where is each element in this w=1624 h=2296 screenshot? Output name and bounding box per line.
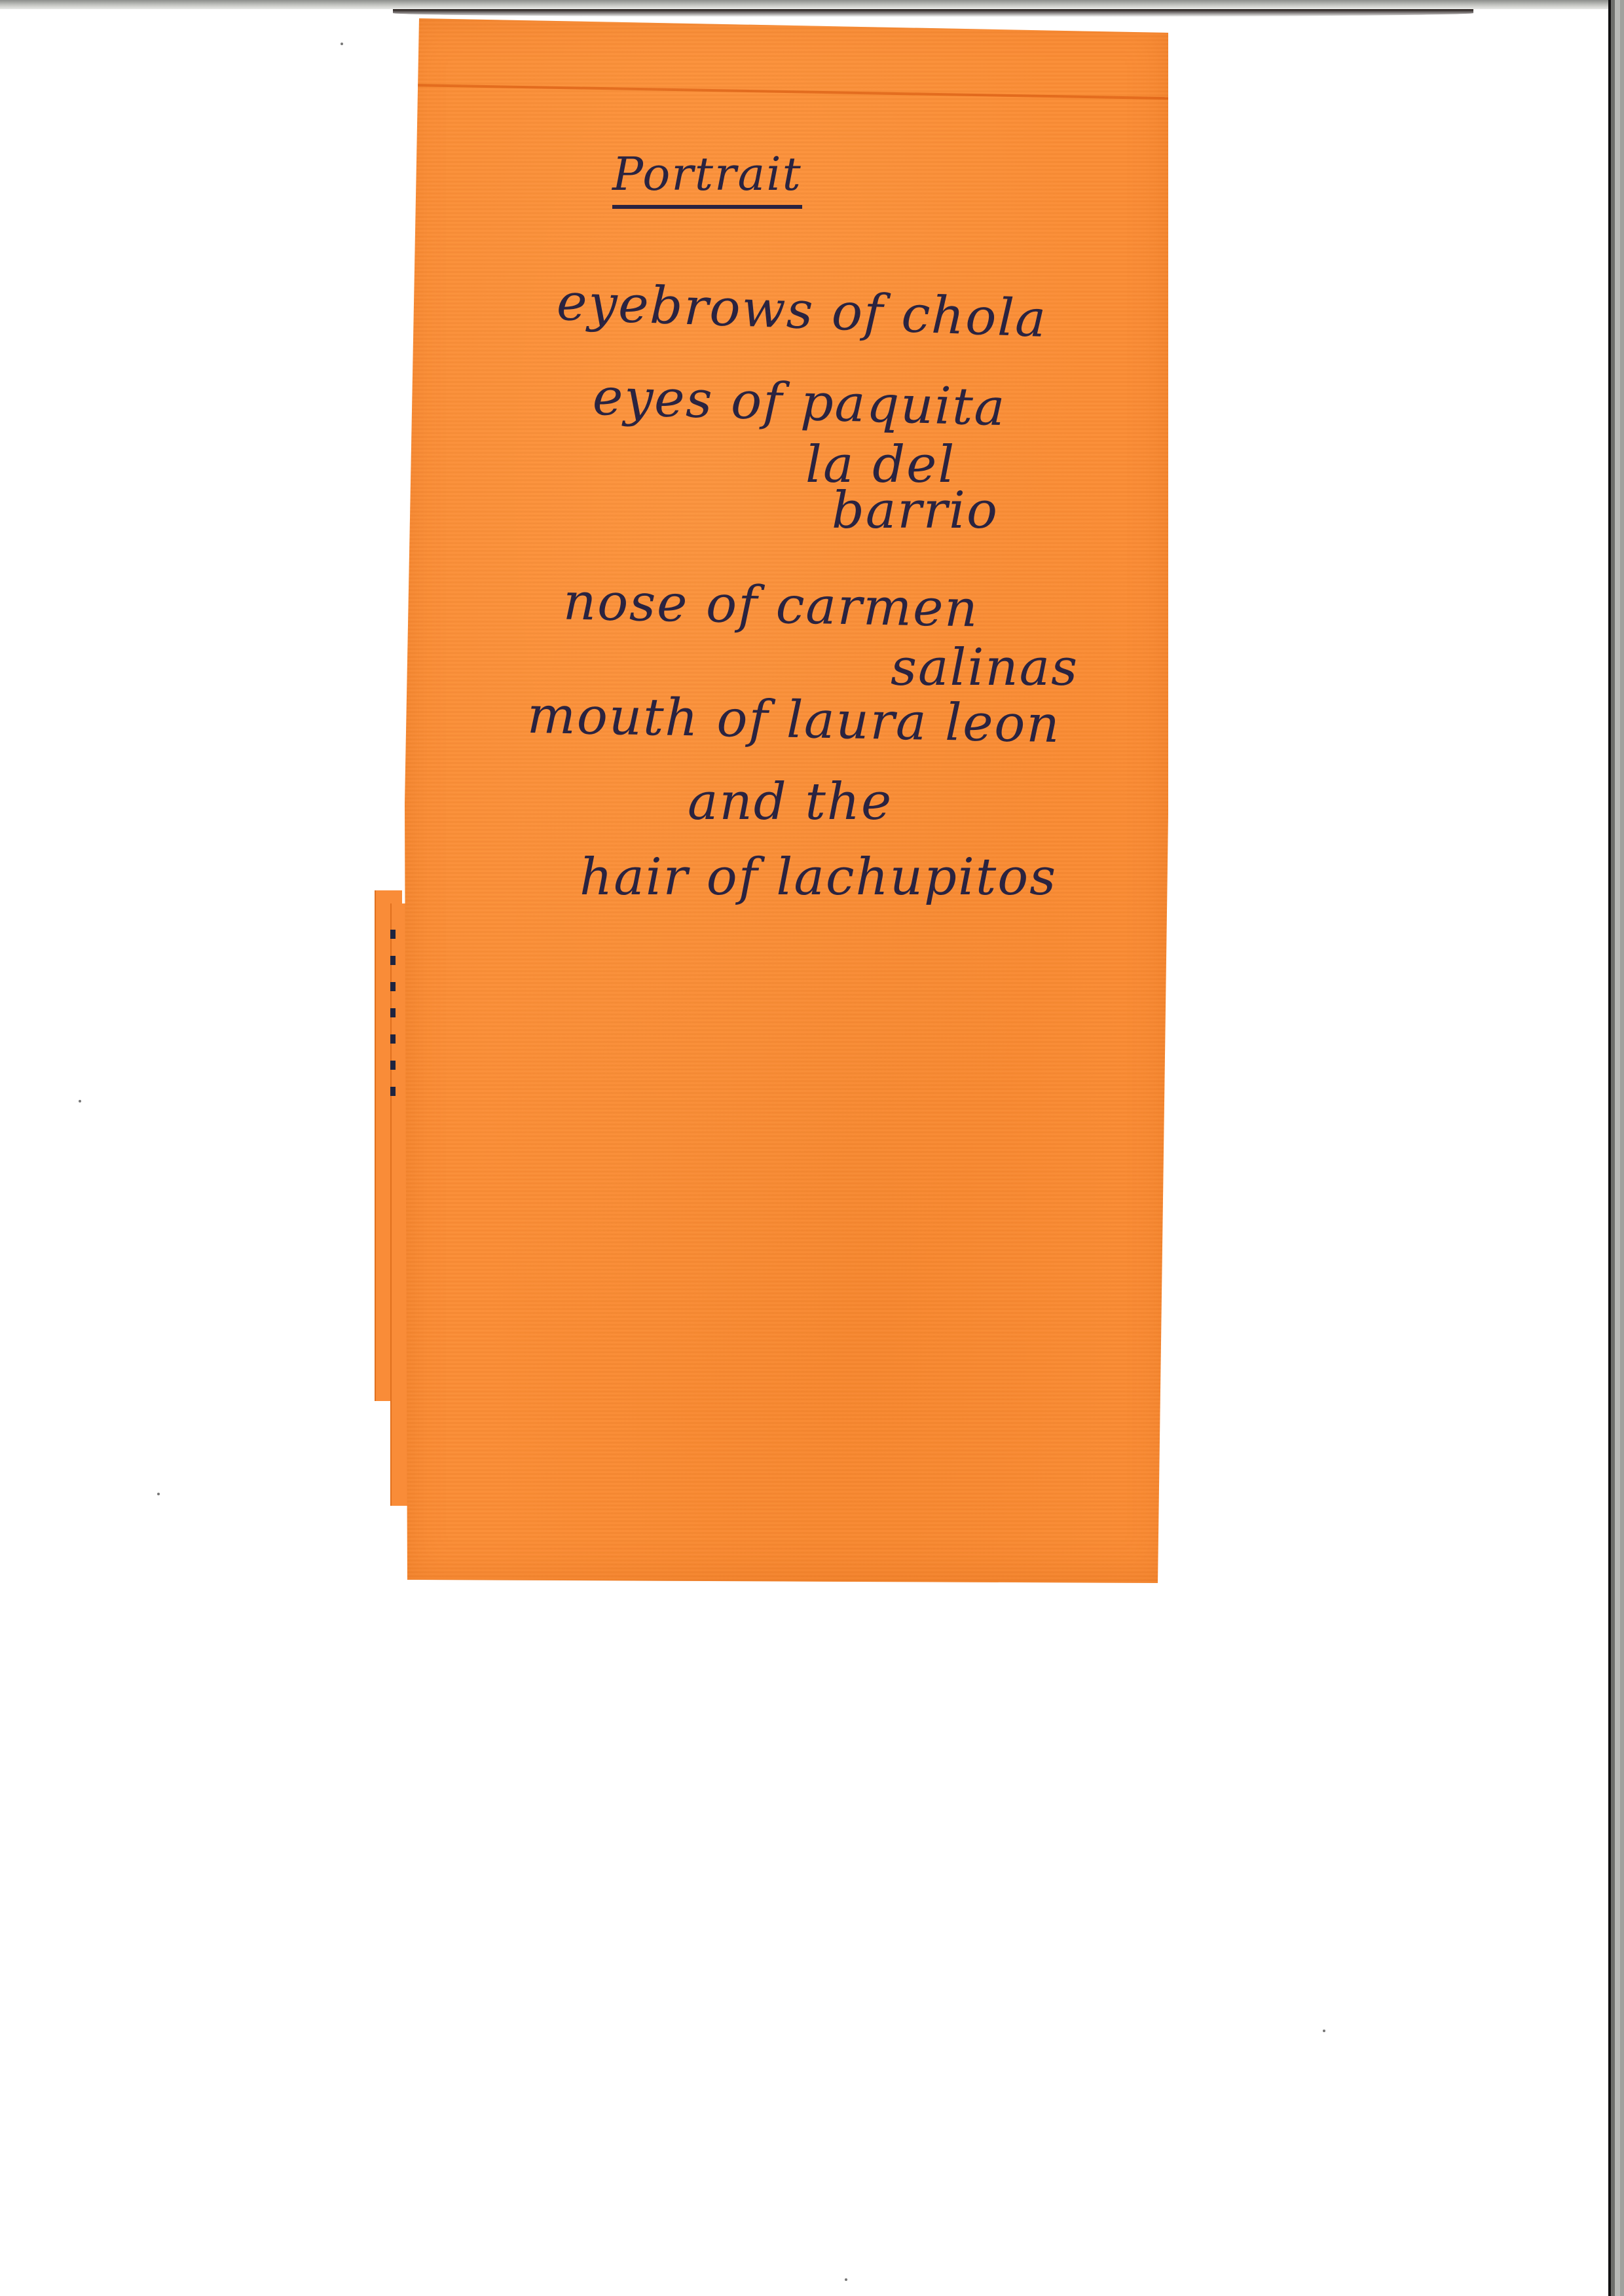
handwritten-line: and the: [688, 773, 893, 831]
handwritten-line: mouth of laura leon: [526, 686, 1061, 754]
scan-speck: [79, 1100, 81, 1102]
napkin-edge-ink-marks: [390, 930, 396, 1100]
handwritten-line: hair of lachupitos: [580, 848, 1057, 907]
scan-speck: [1323, 2030, 1325, 2032]
napkin-title: Portrait: [612, 147, 802, 209]
scan-speck: [341, 43, 343, 45]
handwritten-line: nose of carmen: [563, 572, 979, 638]
scan-speck: [157, 1493, 160, 1495]
handwritten-line: barrio: [832, 481, 999, 540]
handwritten-line: salinas: [891, 638, 1079, 697]
handwritten-line: eyes of paquita: [592, 368, 1006, 437]
scan-speck: [845, 2278, 847, 2281]
scanner-right-edge: [1608, 0, 1624, 2296]
scanner-shadow: [393, 9, 1473, 17]
scanner-top-edge: [0, 0, 1624, 9]
